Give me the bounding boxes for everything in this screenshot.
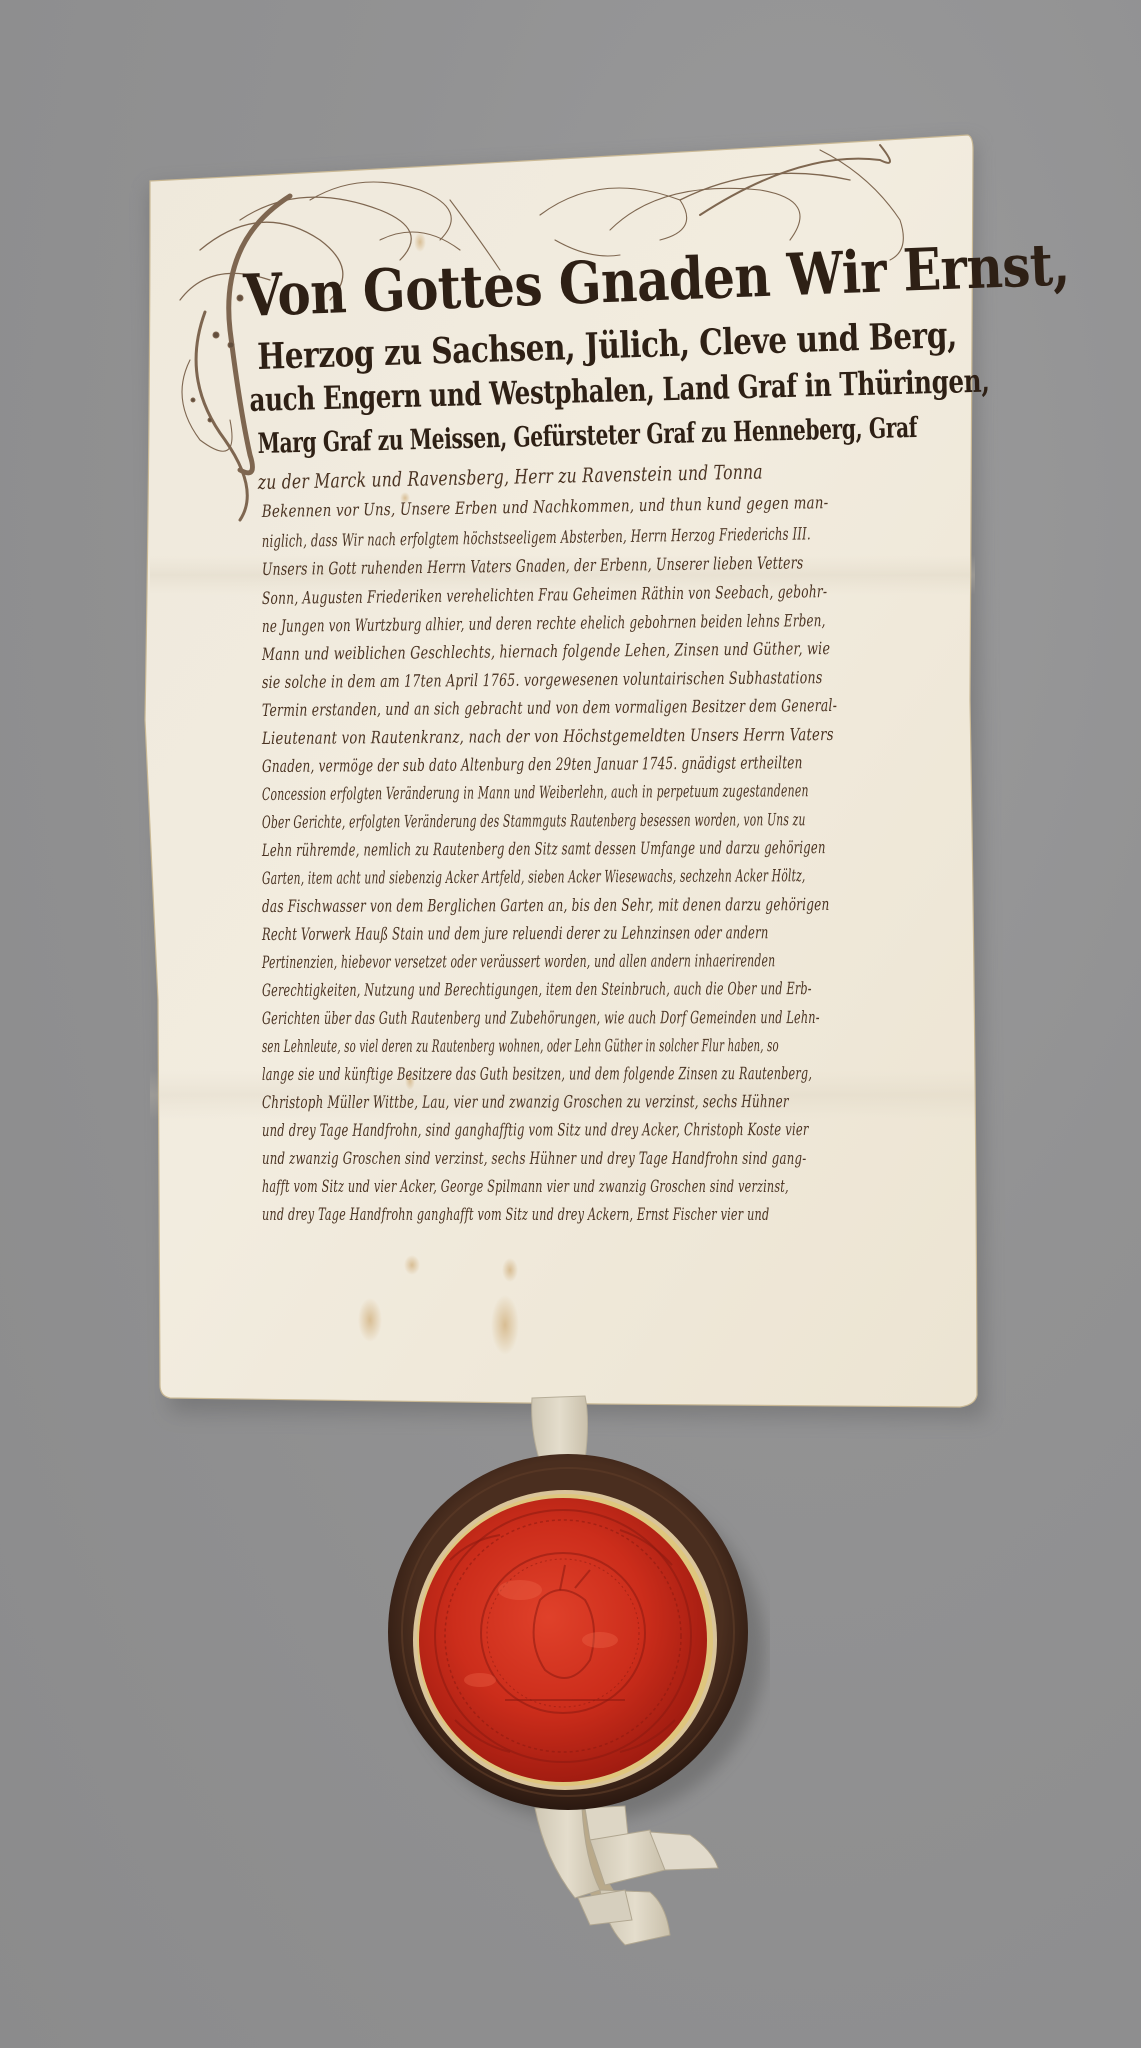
wax-seal (380, 1395, 770, 1955)
seal-ribbons-bottom (535, 1806, 718, 1945)
body-line-5: Sonn, Augusten Friederiken verehelichten… (262, 582, 828, 609)
body-line-22: lange sie und künftige Besitzere das Gut… (262, 1064, 812, 1085)
body-line-7: Mann und weiblichen Geschlechts, hiernac… (262, 639, 830, 665)
body-line-14: Lehn rühremde, nemlich zu Rautenberg den… (262, 838, 826, 861)
body-line-8: sie solche in dem am 17ten April 1765. v… (262, 668, 823, 693)
body-line-13: Ober Gerichte, erfolgten Veränderung des… (262, 810, 806, 833)
body-line-3: niglich, dass Wir nach erfolgtem höchsts… (262, 524, 811, 552)
body-line-19: Gerechtigkeiten, Nutzung und Berechtigun… (262, 979, 812, 1001)
seal-wax (419, 1498, 707, 1782)
body-line-12: Concession erfolgten Veränderung in Mann… (262, 781, 809, 805)
body-line-25: und zwanzig Groschen sind verzinst, sech… (262, 1149, 806, 1169)
body-line-27: und drey Tage Handfrohn ganghafft vom Si… (262, 1205, 769, 1225)
body-line-21: sen Lehnleute, so viel deren zu Rautenbe… (262, 1036, 779, 1057)
body-line-6: ne Jungen von Wurtzburg alhier, und dere… (262, 611, 826, 637)
body-line-26: hafft vom Sitz und vier Acker, George Sp… (262, 1177, 789, 1197)
charter-text: Von Gottes Gnaden Wir Ernst, Herzog zu S… (0, 0, 1141, 1420)
body-line-1: zu der Marck und Ravensberg, Herr zu Rav… (257, 459, 763, 494)
body-line-20: Gerichten über das Guth Rautenberg und Z… (262, 1008, 820, 1029)
body-line-11: Gnaden, vermöge der sub dato Altenburg d… (262, 753, 803, 777)
body-line-9: Termin erstanden, und an sich gebracht u… (262, 696, 837, 721)
body-line-10: Lieutenant von Rautenkranz, nach der von… (262, 725, 834, 749)
heading-line-4: Marg Graf zu Meissen, Gefürsteter Graf z… (257, 411, 917, 460)
body-line-2: Bekennen vor Uns, Unsere Erben und Nachk… (262, 493, 829, 522)
body-line-18: Pertinenzien, hiebevor versetzet oder ve… (262, 951, 775, 973)
body-line-24: und drey Tage Handfrohn, sind ganghaffti… (262, 1120, 809, 1141)
body-line-16: das Fischwasser von dem Berglichen Garte… (262, 895, 830, 917)
body-line-17: Recht Vorwerk Hauß Stain und dem jure re… (262, 923, 769, 945)
body-line-23: Christoph Müller Wittbe, Lau, vier und z… (262, 1092, 789, 1113)
body-line-15: Garten, item acht und siebenzig Acker Ar… (262, 866, 806, 889)
body-line-4: Unsers in Gott ruhenden Herrn Vaters Gna… (262, 553, 804, 580)
seal-ribbon-top (532, 1396, 588, 1462)
